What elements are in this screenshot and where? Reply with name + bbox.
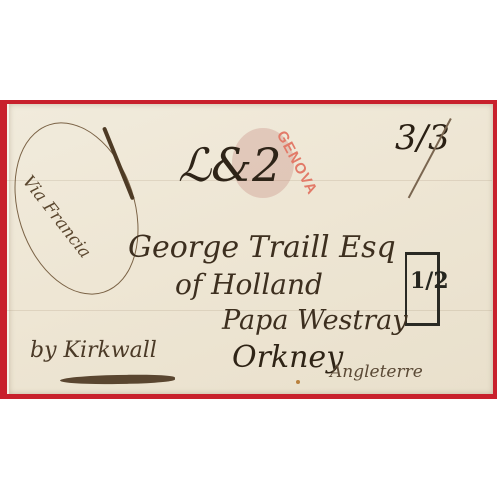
address-line-4: Orkney [232, 340, 343, 375]
route-note: by Kirkwall [30, 338, 157, 363]
address-line-2: of Holland [175, 268, 323, 301]
boxed-charge-text: 1/2 [410, 268, 449, 294]
rate-scribble: ℒ&2 [178, 138, 281, 192]
foxing-spot [296, 380, 300, 384]
rate-marking: 3/3 [395, 118, 450, 158]
address-line-5: Angleterre [330, 362, 423, 382]
address-line-1: George Traill Esq [128, 230, 396, 265]
address-line-3: Papa Westray [222, 305, 408, 336]
